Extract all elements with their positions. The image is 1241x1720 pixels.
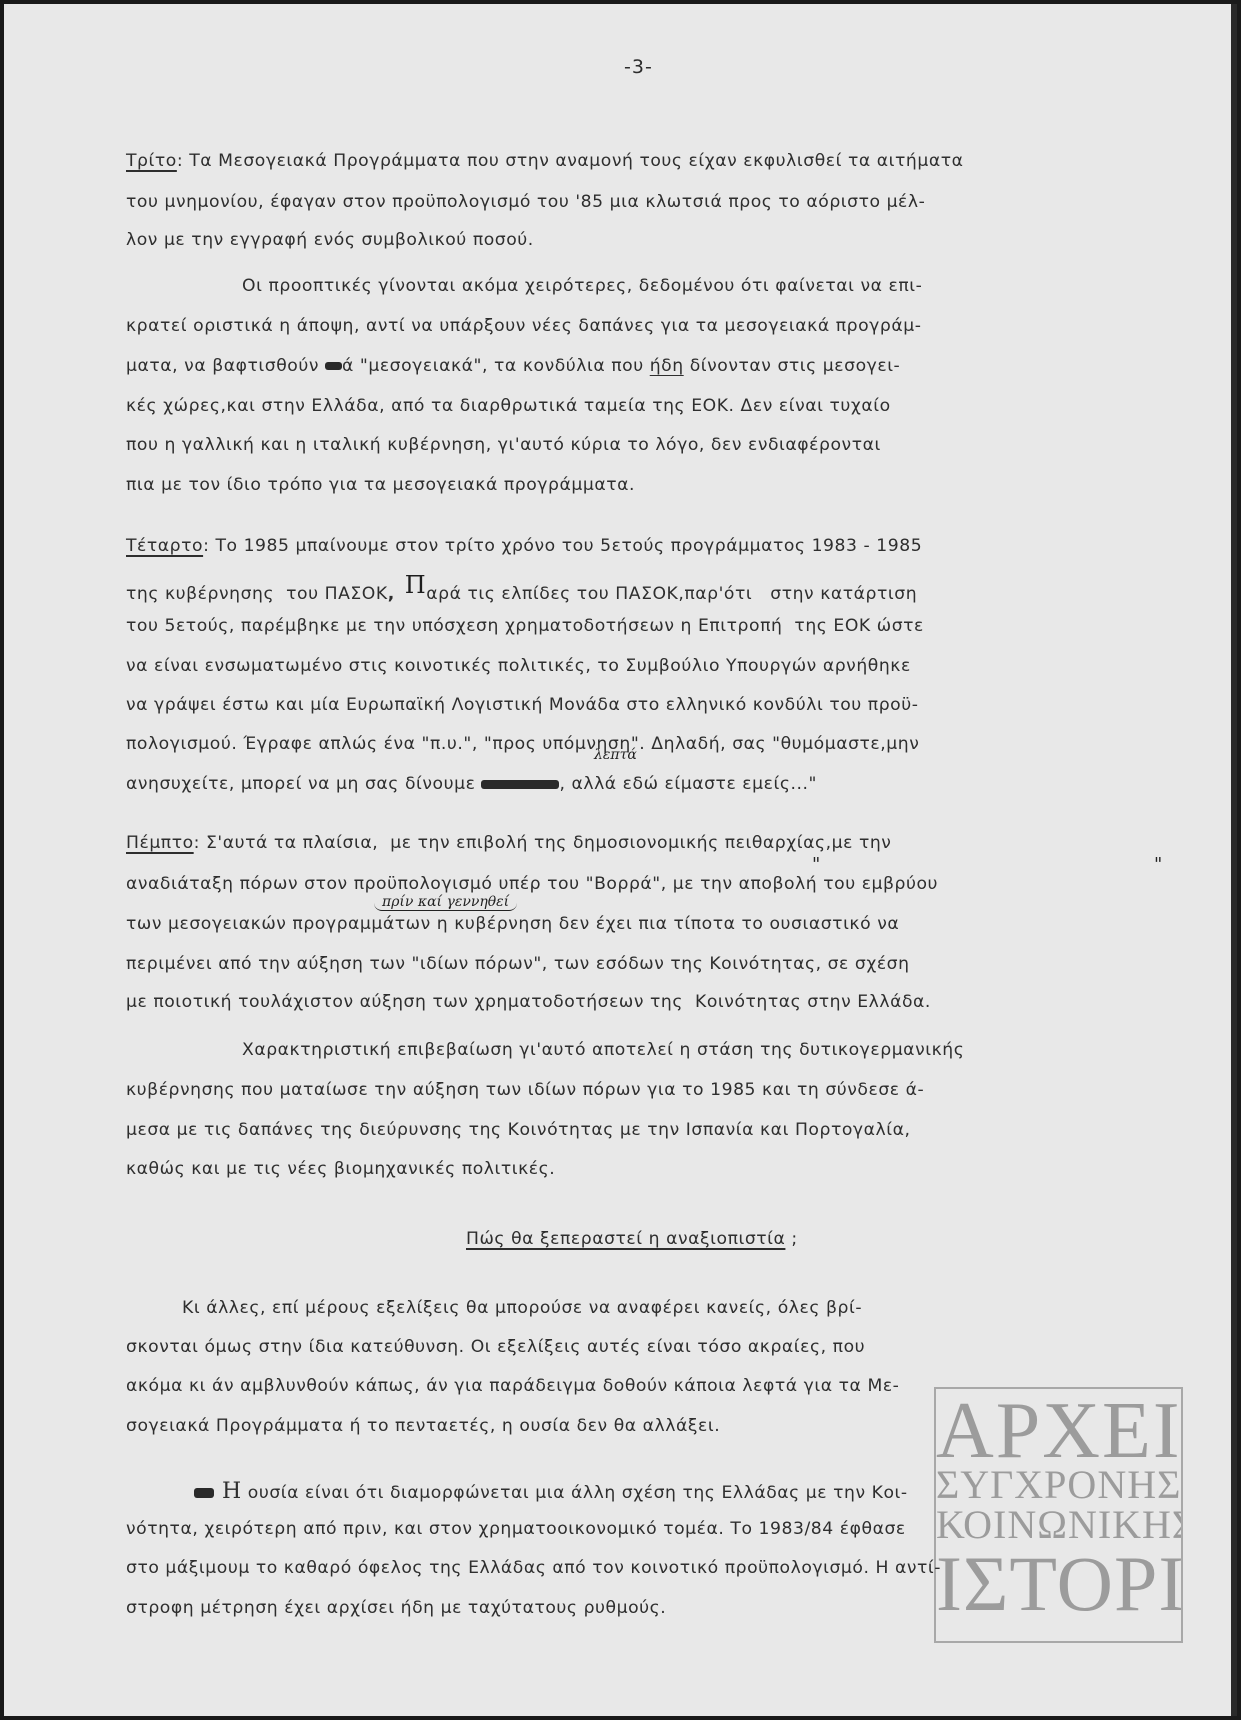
paragraph-pempto-line-3: των μεσογειακών προγραμμάτων η κυβέρνηση… [126, 914, 899, 934]
paragraph-ousia-line-3: στο μάξιμουμ το καθαρό όφελος της Ελλάδα… [126, 1558, 941, 1578]
paragraph-ki-alles-line-2: σκονται όμως στην ίδια κατεύθυνση. Οι εξ… [126, 1337, 865, 1357]
paragraph-charaktiristiki-line-4: καθώς και με τις νέες βιομηχανικές πολιτ… [126, 1159, 555, 1179]
paragraph-charaktiristiki-line-1: Χαρακτηριστική επιβεβαίωση γι'αυτό αποτε… [242, 1040, 964, 1060]
underlined-word-idi: ήδη [650, 356, 684, 376]
paragraph-prooptikes-line-5: που η γαλλική και η ιταλική κυβέρνηση, γ… [126, 435, 881, 455]
document-page: -3- Τρίτο: Τα Μεσογειακά Προγράμματα που… [4, 4, 1237, 1716]
paragraph-trito-line-1: Τρίτο: Τα Μεσογειακά Προγράμματα που στη… [126, 151, 964, 171]
paragraph-ki-alles-line-1: Κι άλλες, επί μέρους εξελίξεις θα μπορού… [182, 1298, 862, 1318]
paragraph-prooptikes-line-3: ματα, να βαφτισθούν ά "μεσογειακά", τα κ… [126, 356, 900, 376]
paragraph-tetarto-line-2: της κυβέρνησης του ΠΑΣΟΚ,Παρά τις ελπίδε… [126, 577, 917, 605]
handwritten-insert-pi: Π [405, 571, 426, 599]
paragraph-pempto-line-5: με ποιοτική τουλάχιστον αύξηση των χρημα… [126, 992, 931, 1012]
section-label-pempto: Πέμπτο [126, 833, 194, 853]
page-number: -3- [624, 56, 653, 78]
paragraph-pempto-line-2: αναδιάταξη πόρων στον προϋπολογισμό υπέρ… [126, 874, 938, 894]
paragraph-prooptikes-line-1: Οι προοπτικές γίνονται ακόμα χειρότερες,… [242, 276, 922, 296]
archive-stamp-watermark: ΑΡΧΕΙΑ ΣΥΓΧΡΟΝΗΣ ΚΟΙΝΩΝΙΚΗΣ ΙΣΤΟΡΙΑΣ [934, 1387, 1183, 1643]
paragraph-pempto-line-4: περιμένει από την αύξηση των "ιδίων πόρω… [126, 954, 910, 974]
handwritten-quote-close: " [1154, 854, 1162, 875]
paragraph-tetarto-line-3: του 5ετούς, παρέμβηκε με την υπόσχεση χρ… [126, 616, 924, 636]
paragraph-tetarto-line-5: να γράψει έστω και μία Ευρωπαϊκή Λογιστι… [126, 695, 918, 715]
handwritten-insert-prin-kai-gennithei: πρίν καί γεννηθεί [374, 894, 517, 911]
paragraph-charaktiristiki-line-3: μεσα με τις δαπάνες της διεύρυνσης της Κ… [126, 1120, 911, 1140]
paragraph-ousia-line-4: στροφη μέτρηση έχει αρχίσει ήδη με ταχύτ… [126, 1598, 666, 1618]
section-heading: Πώς θα ξεπεραστεί η αναξιοπιστία ; [466, 1229, 798, 1249]
paragraph-prooptikes-line-2: κρατεί οριστικά η άποψη, αντί να υπάρξου… [126, 316, 921, 336]
handwritten-period: , [388, 584, 395, 604]
paragraph-tetarto-line-4: να είναι ενσωματωμένο στις κοινοτικές πο… [126, 656, 911, 676]
paragraph-tetarto-line-6: πολογισμού. Έγραφε απλώς ένα "π.υ.", "πρ… [126, 734, 919, 754]
paragraph-ki-alles-line-4: σογειακά Προγράμματα ή το πενταετές, η ο… [126, 1416, 720, 1436]
section-label-tetarto: Τέταρτο [126, 536, 203, 556]
paragraph-prooptikes-line-4: κές χώρες,και στην Ελλάδα, από τα διαρθρ… [126, 396, 891, 416]
handwritten-capital-eta: Η [222, 1479, 242, 1504]
paragraph-ki-alles-line-3: ακόμα κι άν αμβλυνθούν κάπως, άν για παρ… [126, 1376, 899, 1396]
paragraph-prooptikes-line-6: πια με τον ίδιο τρόπο για τα μεσογειακά … [126, 475, 635, 495]
paragraph-pempto-line-1: Πέμπτο: Σ'αυτά τα πλαίσια, με την επιβολ… [126, 833, 891, 853]
paragraph-trito-line-2: του μνημονίου, έφαγαν στον προϋπολογισμό… [126, 192, 925, 212]
paragraph-trito-line-3: λον με την εγγραφή ενός συμβολικού ποσού… [126, 230, 534, 250]
paragraph-tetarto-line-1: Τέταρτο: Το 1985 μπαίνουμε στον τρίτο χρ… [126, 536, 922, 556]
section-label-trito: Τρίτο [126, 151, 177, 171]
scribble-crossed-out-word [481, 780, 559, 789]
handwritten-insert-lepta: λεπτά [594, 747, 637, 763]
paragraph-charaktiristiki-line-2: κυβέρνησης που ματαίωσε την αύξηση των ι… [126, 1080, 924, 1100]
scribble-crossed-out-word [194, 1488, 214, 1498]
paragraph-tetarto-line-7: ανησυχείτε, μπορεί να μη σας δίνουμε , α… [126, 774, 817, 794]
paragraph-ousia-line-1: Η ουσία είναι ότι διαμορφώνεται μια άλλη… [194, 1479, 908, 1504]
scribble-correction [325, 362, 342, 370]
paragraph-ousia-line-2: νότητα, χειρότερη από πριν, και στον χρη… [126, 1519, 906, 1539]
handwritten-quote-open: " [812, 854, 820, 875]
